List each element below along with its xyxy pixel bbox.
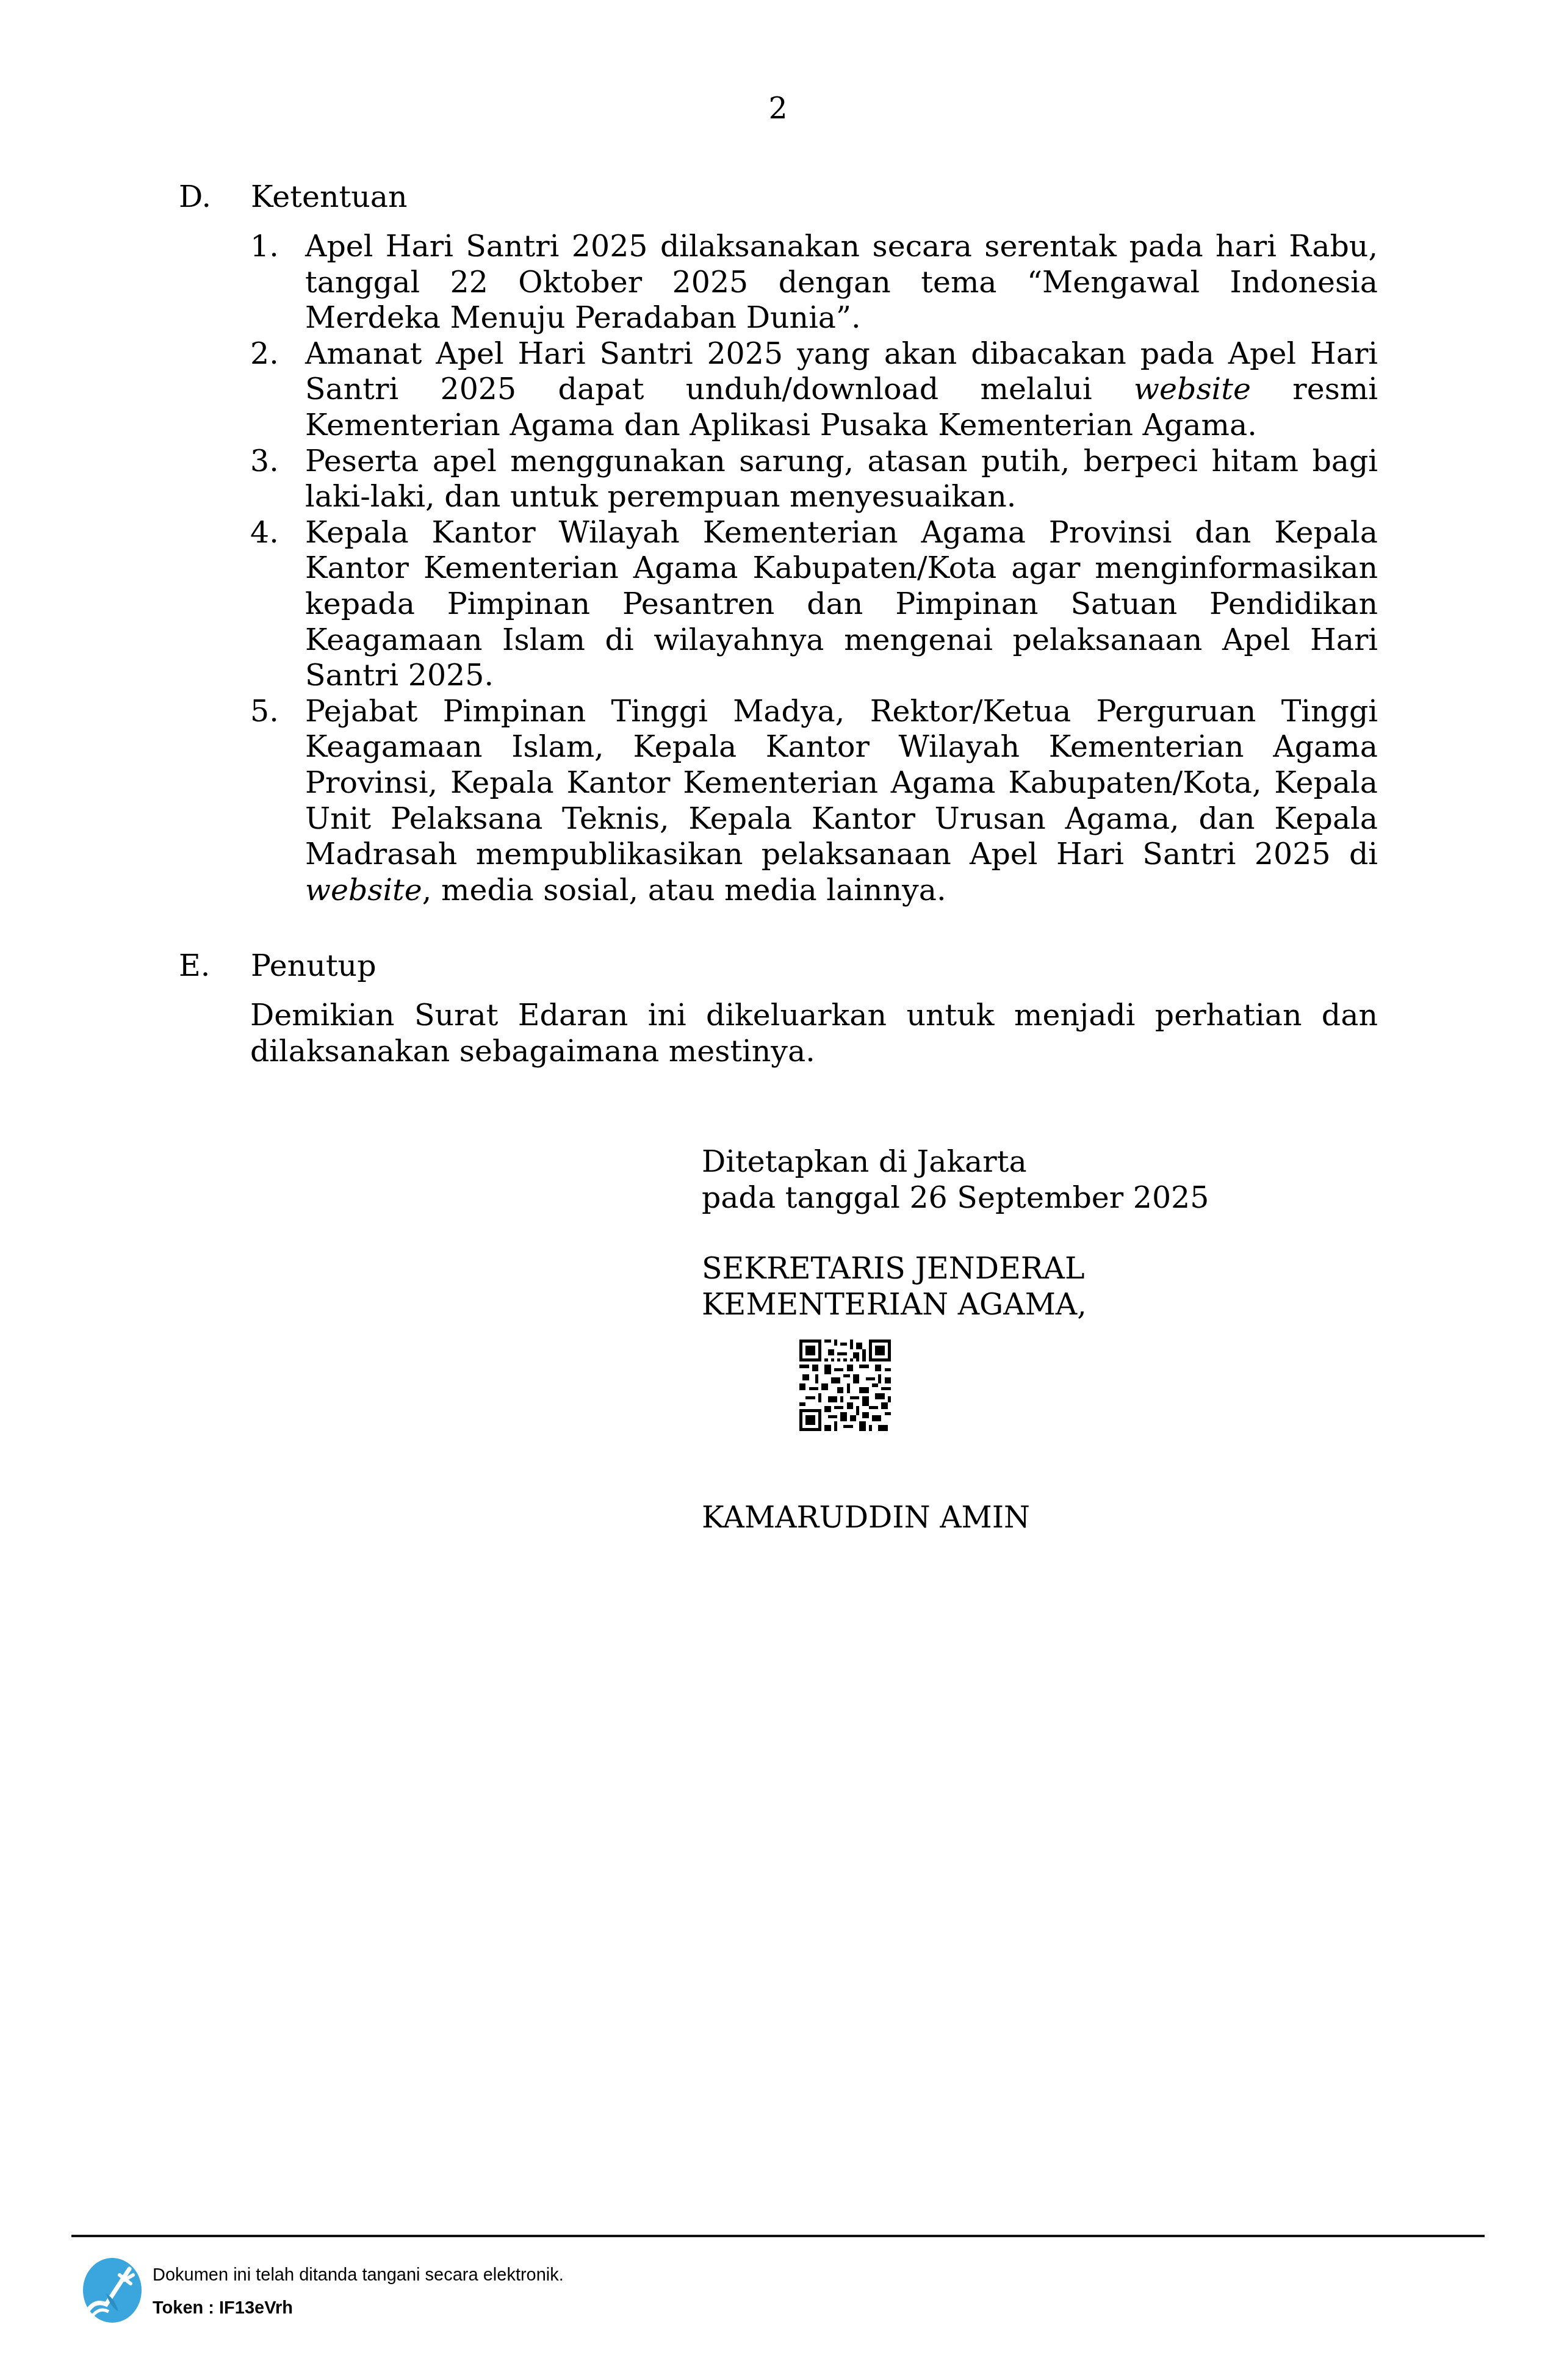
section-d-letter: D. <box>179 179 251 215</box>
item-number: 4. <box>250 515 279 551</box>
section-e-title: Penutup <box>251 948 376 983</box>
signature-date: pada tanggal 26 September 2025 <box>702 1180 1209 1216</box>
list-item: 5. Pejabat Pimpinan Tinggi Madya, Rektor… <box>250 694 1378 909</box>
item-number: 2. <box>250 336 279 372</box>
signature-place: Ditetapkan di Jakarta <box>702 1144 1027 1180</box>
section-d-heading: D.Ketentuan <box>179 179 408 215</box>
signatory-institution: KEMENTERIAN AGAMA, <box>702 1287 1087 1323</box>
qr-code-icon <box>799 1340 891 1431</box>
verification-token: Token : IF13eVrh <box>153 2296 564 2320</box>
section-e-heading: E.Penutup <box>179 948 376 984</box>
section-d-title: Ketentuan <box>251 179 408 214</box>
electronic-signature-seal-icon <box>81 2257 144 2324</box>
e-signature-notice: Dokumen ini telah ditanda tangani secara… <box>153 2263 564 2287</box>
list-item: 1. Apel Hari Santri 2025 dilaksanakan se… <box>250 229 1378 336</box>
item-text: Kepala Kantor Wilayah Kementerian Agama … <box>305 515 1378 693</box>
item-number: 1. <box>250 229 279 265</box>
item-italic-term: website <box>1134 372 1251 406</box>
item-text: Peserta apel menggunakan sarung, atasan … <box>305 444 1378 514</box>
section-e-letter: E. <box>179 948 251 984</box>
item-italic-term: website <box>305 873 422 907</box>
list-item: 2. Amanat Apel Hari Santri 2025 yang aka… <box>250 336 1378 444</box>
signatory-position: SEKRETARIS JENDERAL <box>702 1251 1085 1287</box>
item-text: Pejabat Pimpinan Tinggi Madya, Rektor/Ke… <box>305 694 1378 871</box>
item-text: Apel Hari Santri 2025 dilaksanakan secar… <box>305 229 1378 335</box>
signatory-name: KAMARUDDIN AMIN <box>702 1500 1030 1536</box>
item-number: 5. <box>250 694 279 730</box>
footer-divider <box>71 2235 1485 2237</box>
ketentuan-list: 1. Apel Hari Santri 2025 dilaksanakan se… <box>250 229 1378 908</box>
page-number: 2 <box>0 90 1556 127</box>
footer-text: Dokumen ini telah ditanda tangani secara… <box>153 2263 564 2320</box>
list-item: 3. Peserta apel menggunakan sarung, atas… <box>250 444 1378 515</box>
closing-paragraph: Demikian Surat Edaran ini dikeluarkan un… <box>250 998 1378 1069</box>
list-item: 4. Kepala Kantor Wilayah Kementerian Aga… <box>250 515 1378 694</box>
item-text: , media sosial, atau media lainnya. <box>422 873 946 907</box>
item-number: 3. <box>250 444 279 480</box>
